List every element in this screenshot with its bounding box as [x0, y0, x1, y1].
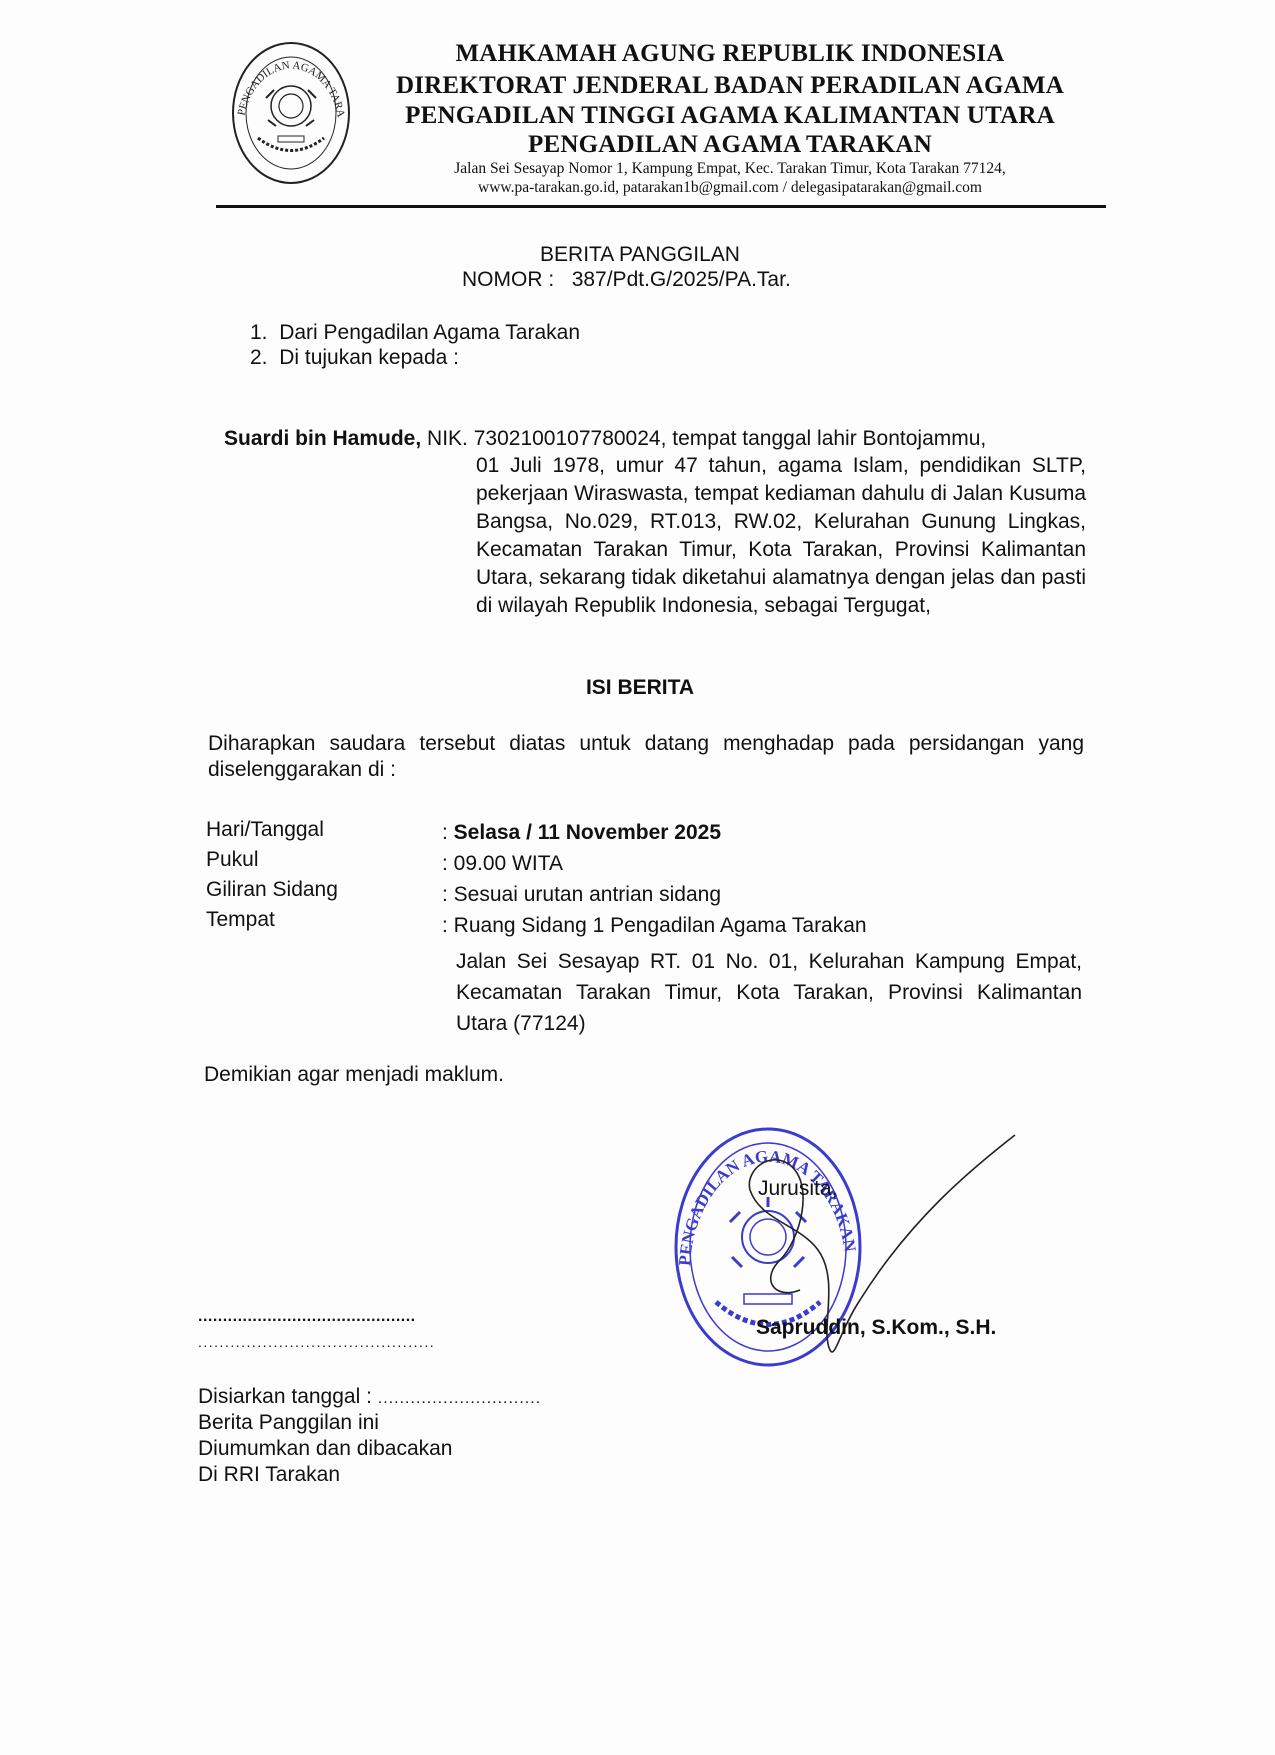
- broadcast-line2: Berita Panggilan ini: [198, 1410, 379, 1436]
- list-item: 2. Di tujukan kepada :: [250, 343, 459, 373]
- schedule-value: : 09.00 WITA: [442, 849, 563, 879]
- list-text: Dari Pengadilan Agama Tarakan: [279, 321, 580, 344]
- letterhead-divider: [216, 205, 1106, 208]
- document-title: BERITA PANGGILAN: [200, 243, 1080, 267]
- letterhead-address: Jalan Sei Sesayap Nomor 1, Kampung Empat…: [360, 160, 1100, 178]
- schedule-order: Sesuai urutan antrian sidang: [454, 883, 721, 906]
- schedule-label: Pukul: [206, 845, 259, 875]
- schedule-time: 09.00 WITA: [454, 852, 563, 875]
- schedule-date: Selasa / 11 November 2025: [454, 821, 721, 844]
- number-value: 387/Pdt.G/2025/PA.Tar.: [572, 268, 791, 291]
- place-address: Jalan Sei Sesayap RT. 01 No. 01, Kelurah…: [456, 946, 1082, 1039]
- broadcast-line4: Di RRI Tarakan: [198, 1462, 340, 1488]
- schedule-value: : Ruang Sidang 1 Pengadilan Agama Taraka…: [442, 911, 867, 941]
- broadcast-date-dots: ..............................: [378, 1390, 541, 1407]
- list-number: 2.: [250, 346, 268, 369]
- signature-dots-2: ........................................…: [198, 1334, 435, 1350]
- schedule-place: Ruang Sidang 1 Pengadilan Agama Tarakan: [454, 914, 867, 937]
- broadcast-date: Disiarkan tanggal : ....................…: [198, 1384, 541, 1412]
- recipient-id: NIK. 7302100107780024, tempat tanggal la…: [427, 427, 986, 450]
- recipient-name: Suardi bin Hamude,: [224, 427, 421, 450]
- number-label: NOMOR :: [462, 268, 554, 291]
- schedule-label: Tempat: [206, 905, 275, 935]
- letterhead-line4: PENGADILAN AGAMA TARAKAN: [360, 131, 1100, 159]
- court-logo-icon: PENGADILAN AGAMA TARAKAN: [226, 38, 356, 188]
- signer-name: Sapruddin, S.Kom., S.H.: [756, 1316, 996, 1340]
- letterhead-line2: DIREKTORAT JENDERAL BADAN PERADILAN AGAM…: [360, 72, 1100, 100]
- schedule-value: : Selasa / 11 November 2025: [442, 818, 721, 848]
- schedule-value: : Sesuai urutan antrian sidang: [442, 880, 721, 910]
- document-number: NOMOR : 387/Pdt.G/2025/PA.Tar.: [462, 265, 791, 295]
- list-text: Di tujukan kepada :: [279, 346, 459, 369]
- list-number: 1.: [250, 321, 268, 344]
- schedule-label: Hari/Tanggal: [206, 815, 324, 845]
- letterhead-line3: PENGADILAN TINGGI AGAMA KALIMANTAN UTARA: [360, 102, 1100, 130]
- signature-dots-1: ........................................…: [198, 1308, 416, 1326]
- letterhead-line1: MAHKAMAH AGUNG REPUBLIK INDONESIA: [360, 40, 1100, 68]
- recipient-details: 01 Juli 1978, umur 47 tahun, agama Islam…: [476, 452, 1086, 620]
- schedule-label: Giliran Sidang: [206, 875, 338, 905]
- recipient-first-line: Suardi bin Hamude, NIK. 7302100107780024…: [224, 424, 986, 454]
- svg-text:PENGADILAN AGAMA TARAKAN: PENGADILAN AGAMA TARAKAN: [226, 38, 347, 118]
- broadcast-line3: Diumumkan dan dibacakan: [198, 1436, 452, 1462]
- signer-role: Jurusita,: [758, 1177, 837, 1201]
- letterhead-contacts: www.pa-tarakan.go.id, patarakan1b@gmail.…: [360, 179, 1100, 197]
- broadcast-date-label: Disiarkan tanggal :: [198, 1385, 372, 1408]
- isi-intro: Diharapkan saudara tersebut diatas untuk…: [208, 731, 1084, 783]
- isi-heading: ISI BERITA: [200, 676, 1080, 700]
- closing-text: Demikian agar menjadi maklum.: [204, 1060, 504, 1090]
